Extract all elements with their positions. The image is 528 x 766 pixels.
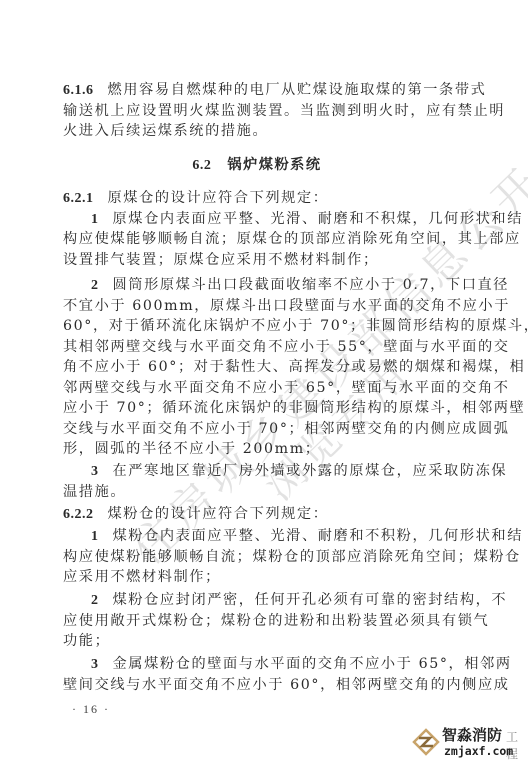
clause-number: 6.2.1 [63,191,94,206]
item-number: 1 [91,212,99,227]
item-number: 2 [91,278,99,293]
section-number: 6.2 [192,158,211,173]
clause-6-2-1-item-2-line-8: 交线与水平面交角不应小于 70°；相邻两壁交角的内侧应成圆弧 [63,419,451,439]
item-text: 在严寒地区靠近厂房外墙或外露的原煤仓，应采取防冻保 [113,463,508,479]
clause-6-2-1-item-1-line-3: 设置排气装置；原煤仓应采用不燃材料制作； [63,250,451,270]
clause-text: 原煤仓的设计应符合下列规定： [108,190,329,206]
clause-6-2-2-intro: 6.2.2煤粉仓的设计应符合下列规定： [63,504,451,524]
logo-name: 智淼消防 [442,724,502,745]
clause-6-2-1-item-3-line-1: 3在严寒地区靠近厂房外墙或外露的原煤仓，应采取防冻保 [63,461,451,481]
clause-6-2-2-item-3-line-2: 壁间交线与水平面交角不应小于 60°，相邻两壁交角的内侧应成 [63,675,451,695]
clause-6-2-2-item-1-line-1: 1煤粉仓内表面应平整、光滑、耐磨和不积粉，几何形状和结 [63,526,451,546]
clause-6-2-1-item-2-line-1: 2圆筒形原煤斗出口段截面收缩率不应小于 0.7，下口直径 [63,275,451,295]
clause-6-1-6-line-3: 火进入后续运煤系统的措施。 [63,121,451,141]
clause-6-2-2-item-2-line-2: 应使用敞开式煤粉仓；煤粉仓的进粉和出粉装置必须具有锁气 [63,611,451,631]
clause-6-2-1-item-1-line-2: 构应使煤能够顺畅自流；原煤仓的顶部应消除死角空间，其上部应 [63,229,451,249]
site-logo[interactable]: 智淼消防 工程 zmjaxf.com [410,722,525,762]
clause-6-2-1-item-3-line-2: 温措施。 [63,482,451,502]
item-text: 煤粉仓内表面应平整、光滑、耐磨和不积粉，几何形状和结 [113,528,523,544]
clause-6-2-2-item-3-line-1: 3金属煤粉仓的壁面与水平面的交角不应小于 65°，相邻两 [63,654,451,674]
section-heading-6-2: 6.2锅炉煤粉系统 [63,155,451,176]
clause-6-2-2-item-2-line-3: 功能； [63,631,451,651]
section-title: 锅炉煤粉系统 [227,157,321,173]
item-number: 2 [91,593,99,608]
clause-6-2-1-intro: 6.2.1原煤仓的设计应符合下列规定： [63,188,451,208]
clause-6-1-6-line-1: 6.1.6燃用容易自燃煤种的电厂从贮煤设施取煤的第一条带式 [63,80,451,100]
clause-6-2-2-item-1-line-2: 构应使煤粉能够顺畅自流；煤粉仓的顶部应消除死角空间；煤粉仓 [63,547,451,567]
clause-6-2-2-item-1-line-3: 应采用不燃材料制作； [63,567,451,587]
clause-text: 燃用容易自燃煤种的电厂从贮煤设施取煤的第一条带式 [108,82,487,98]
item-text: 原煤仓内表面应平整、光滑、耐磨和不积煤，几何形状和结 [113,211,523,227]
clause-6-2-1-item-1-line-1: 1原煤仓内表面应平整、光滑、耐磨和不积煤，几何形状和结 [63,209,451,229]
clause-6-2-1-item-2-line-2: 不宜小于 600mm，原煤斗出口段壁面与水平面的交角不应小于 [63,296,451,316]
clause-6-2-1-item-2-line-4: 其相邻两壁交线与水平面交角不应小于 55°，壁面与水平面的交 [63,337,451,357]
item-number: 1 [91,529,99,544]
item-text: 金属煤粉仓的壁面与水平面的交角不应小于 65°，相邻两 [113,656,512,672]
clause-text: 煤粉仓的设计应符合下列规定： [108,506,329,522]
item-text: 煤粉仓应封闭严密，任何开孔必须有可靠的密封结构，不 [113,592,508,608]
clause-6-2-1-item-2-line-6: 邻两壁交线与水平面交角不应小于 65°，壁面与水平面的交角不 [63,378,451,398]
page-number: · 16 · [72,702,110,717]
clause-6-2-1-item-2-line-9: 形，圆弧的半径不应小于 200mm； [63,439,451,459]
clause-6-2-2-item-2-line-1: 2煤粉仓应封闭严密，任何开孔必须有可靠的密封结构，不 [63,590,451,610]
clause-6-2-1-item-2-line-3: 60°，对于循环流化床锅炉不应小于 70°；非圆筒形结构的原煤斗， [63,316,451,336]
item-text: 圆筒形原煤斗出口段截面收缩率不应小于 0.7，下口直径 [113,277,510,293]
clause-number: 6.1.6 [63,83,94,98]
clause-number: 6.2.2 [63,507,94,522]
zigzag-diamond-logo-icon [412,728,440,756]
item-number: 3 [91,464,99,479]
clause-6-1-6-line-2: 输送机上应设置明火煤监测装置。当监测到明火时，应有禁止明 [63,101,451,121]
clause-6-2-1-item-2-line-7: 应小于 70°；循环流化床锅炉的非圆筒形结构的原煤斗，相邻两壁 [63,398,451,418]
clause-6-2-1-item-2-line-5: 角不应小于 60°；对于黏性大、高挥发分或易燃的烟煤和褐煤，相 [63,357,451,377]
item-number: 3 [91,657,99,672]
logo-url: zmjaxf.com [444,744,513,758]
